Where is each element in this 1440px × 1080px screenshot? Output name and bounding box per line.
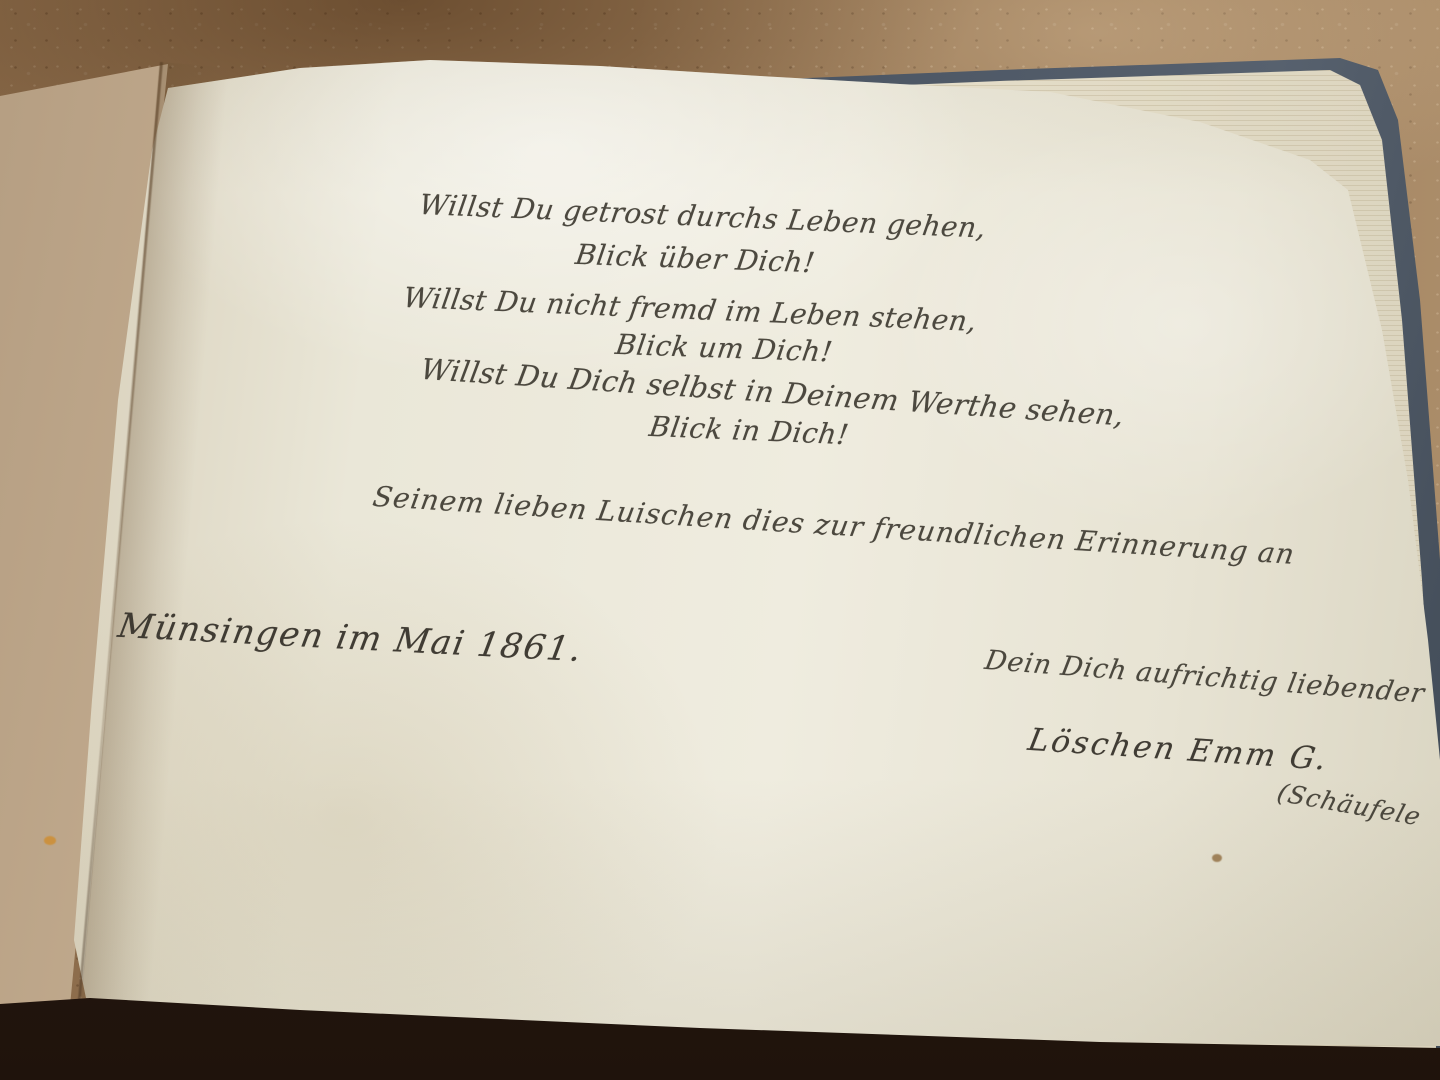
photo-canvas: Willst Du getrost durchs Leben gehen, Bl… (0, 0, 1440, 1080)
paper-speck (44, 836, 56, 845)
paper-stain (1212, 854, 1222, 862)
